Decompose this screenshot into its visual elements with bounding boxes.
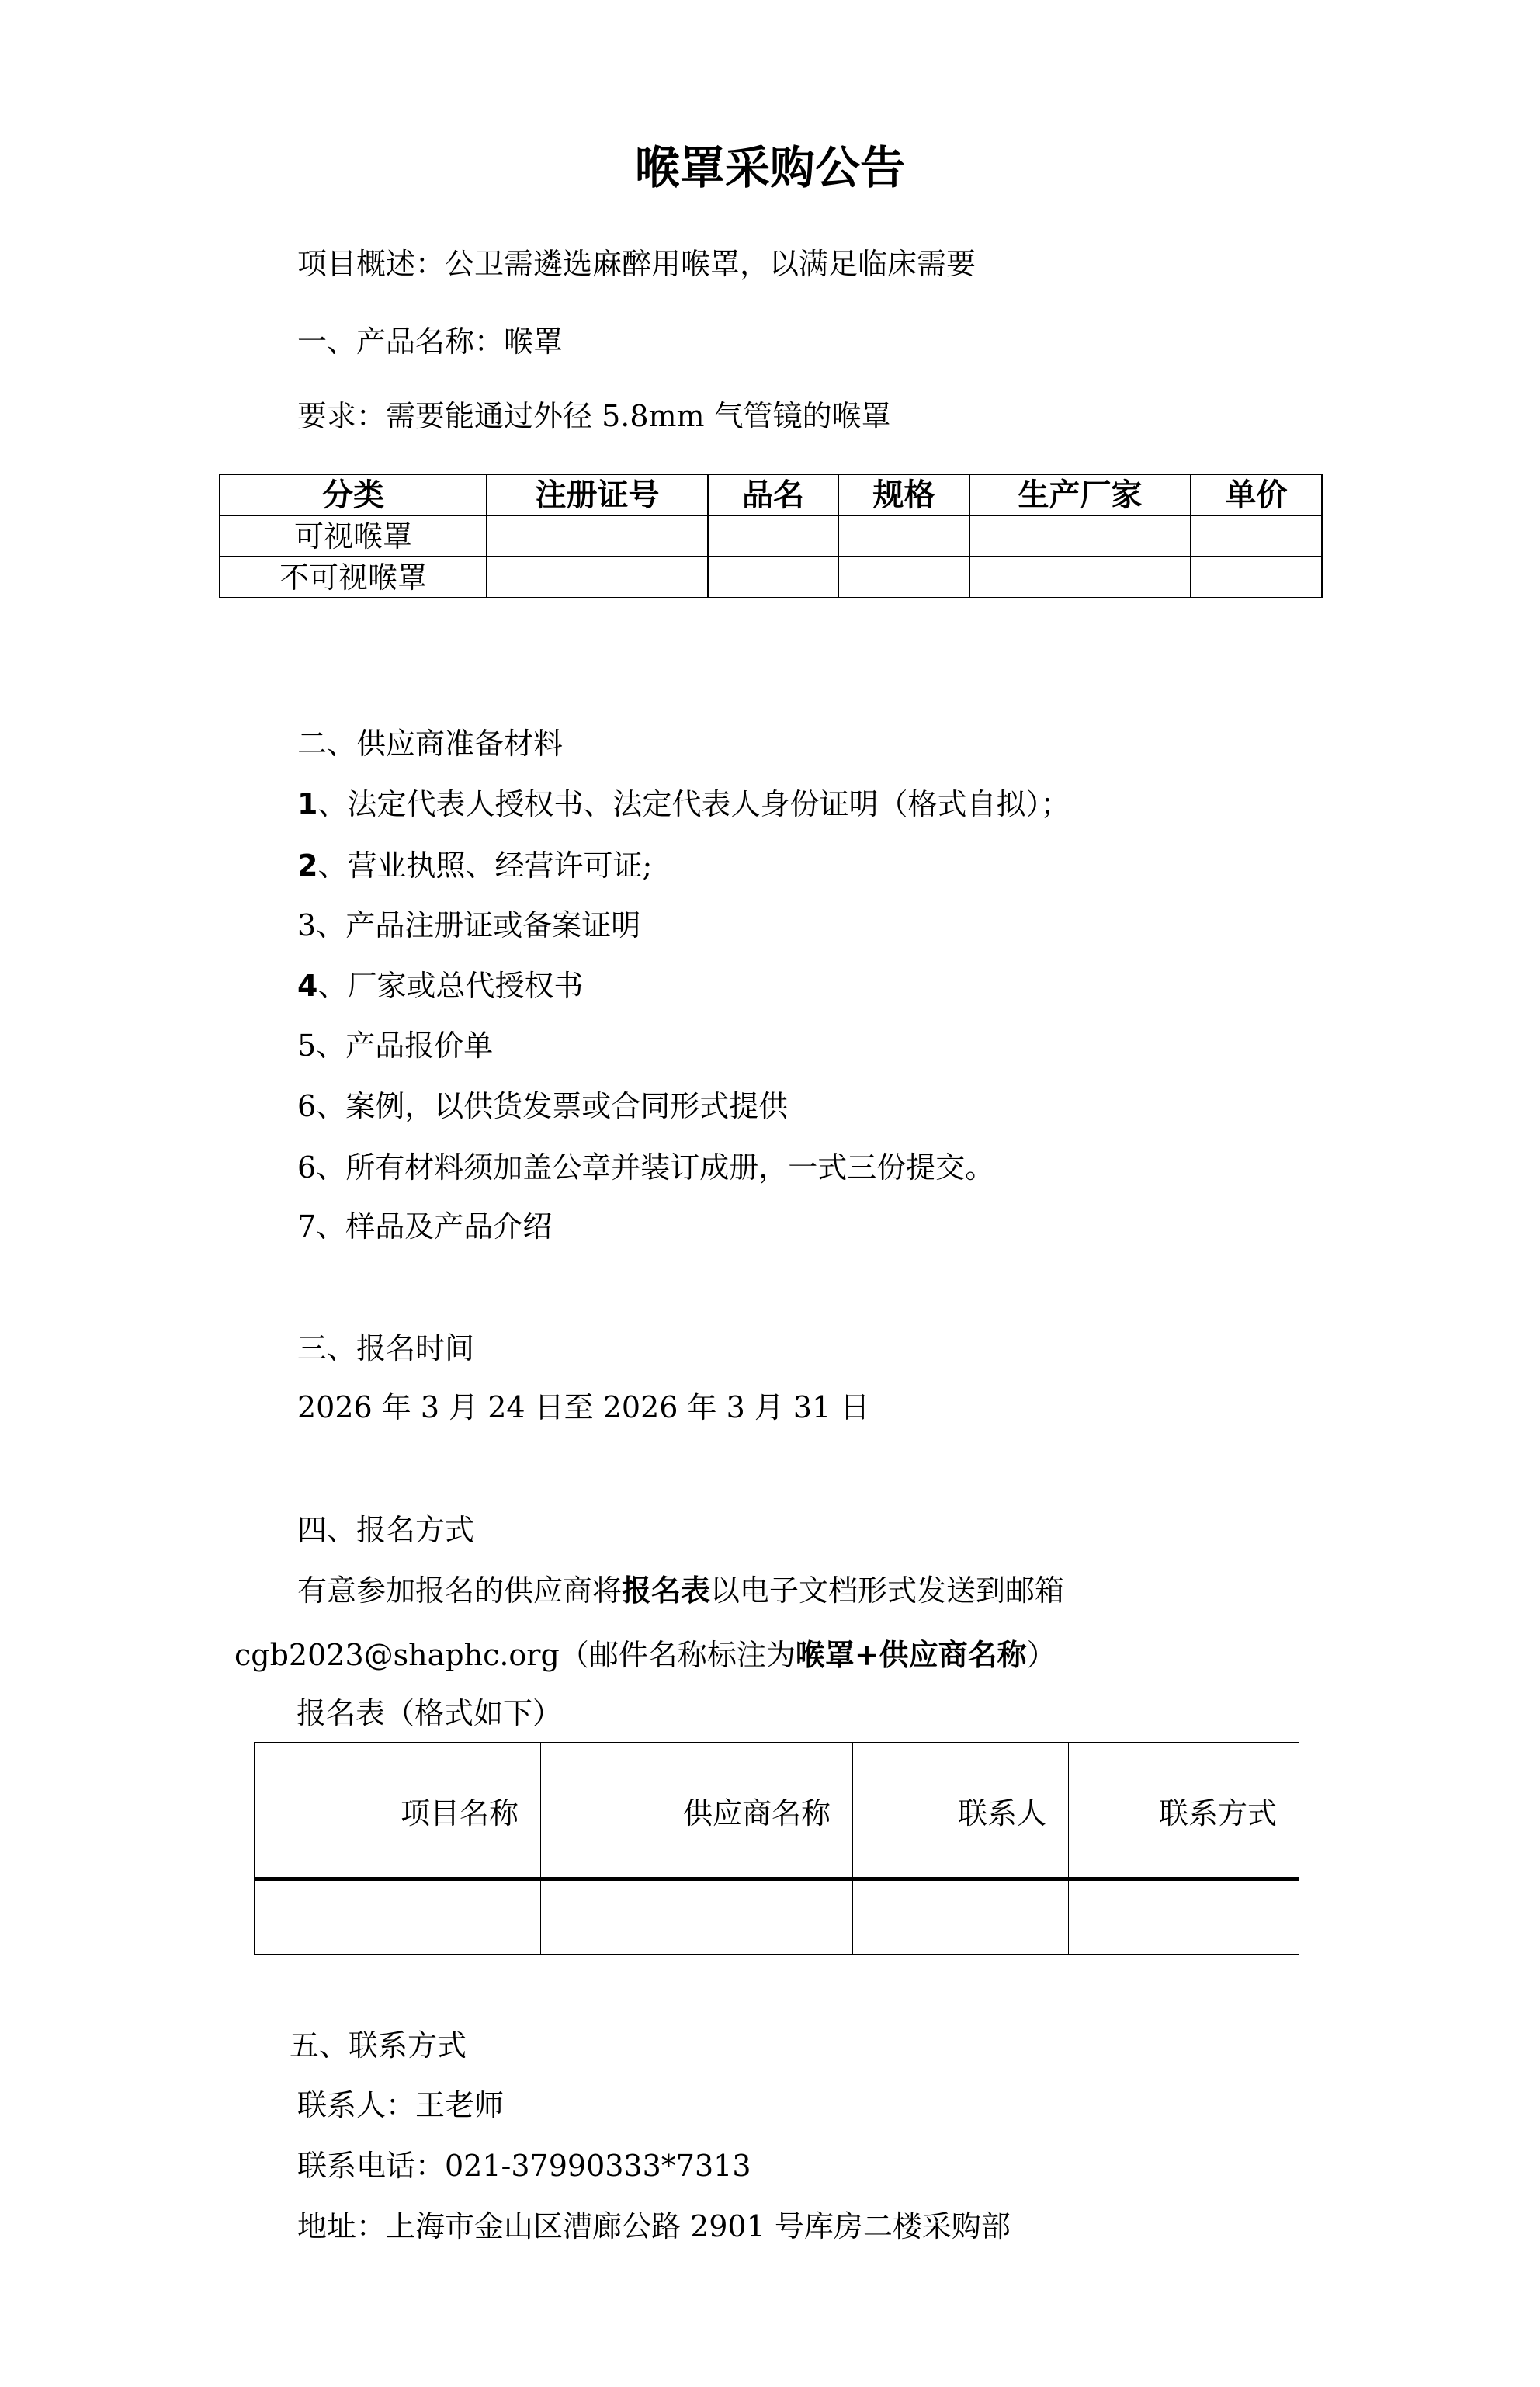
header-registration-no: 注册证号 [487,474,708,515]
form-label: 报名表（格式如下） [297,1695,562,1731]
instruction-text: 有意参加报名的供应商将 [297,1573,622,1608]
email-subject-format: 喉罩+供应商名称 [796,1637,1027,1672]
section-3-heading: 三、报名时间 [297,1331,474,1366]
list-text: 案例，以供货发票或合同形式提供 [345,1089,788,1123]
cell-unit-price [1191,557,1322,598]
list-text: 所有材料须加盖公章并装订成册，一式三份提交。 [345,1150,994,1185]
list-text: 产品注册证或备案证明 [345,908,640,942]
email-note: ） [1027,1638,1056,1672]
list-separator: 、 [317,969,347,1003]
list-number: 3 [297,908,316,942]
table-row: 不可视喉罩 [220,557,1322,598]
email-address[interactable]: cgb2023@shaphc.org [234,1638,560,1672]
cell-product-name [708,515,838,557]
list-item: 6、案例，以供货发票或合同形式提供 [297,1088,788,1124]
cell-specification [838,515,969,557]
cell-supplier-name [541,1879,853,1955]
list-item: 7、样品及产品介绍 [297,1209,552,1244]
section-2-heading: 二、供应商准备材料 [297,726,563,762]
list-separator: 、 [316,1209,345,1244]
cell-contact-person [853,1879,1069,1955]
cell-registration-no [487,557,708,598]
list-number: 6 [297,1150,316,1185]
submission-instructions: 有意参加报名的供应商将报名表以电子文档形式发送到邮箱 [297,1573,1064,1608]
list-item: 4、厂家或总代授权书 [297,968,583,1004]
list-separator: 、 [316,1150,345,1185]
list-number: 7 [297,1209,316,1244]
list-separator: 、 [317,848,347,883]
email-line: cgb2023@shaphc.org（邮件名称标注为喉罩+供应商名称） [234,1637,1056,1673]
header-manufacturer: 生产厂家 [969,474,1191,515]
list-item: 5、产品报价单 [297,1028,493,1063]
list-text: 营业执照、经营许可证; [347,848,652,883]
list-separator: 、 [316,1089,345,1123]
instruction-text: 以电子文档形式发送到邮箱 [710,1573,1064,1608]
list-separator: 、 [316,1029,345,1063]
list-item: 1、法定代表人授权书、法定代表人身份证明（格式自拟）； [297,786,1070,822]
list-item: 2、营业执照、经营许可证; [297,848,652,883]
header-supplier-name: 供应商名称 [541,1743,853,1879]
header-contact-person: 联系人 [853,1743,1069,1879]
list-item: 6、所有材料须加盖公章并装订成册，一式三份提交。 [297,1150,994,1185]
form-name-emphasis: 报名表 [622,1573,710,1608]
cell-manufacturer [969,557,1191,598]
cell-registration-no [487,515,708,557]
list-separator: 、 [317,787,347,821]
list-number: 4 [297,969,317,1003]
cell-contact-method [1069,1879,1299,1955]
product-table: 分类 注册证号 品名 规格 生产厂家 单价 可视喉罩 不可视喉罩 [219,474,1323,598]
registration-dates: 2026 年 3 月 24 日至 2026 年 3 月 31 日 [297,1390,869,1425]
cell-unit-price [1191,515,1322,557]
project-overview: 项目概述：公卫需遴选麻醉用喉罩，以满足临床需要 [297,246,976,282]
section-1-heading: 一、产品名称：喉罩 [297,324,563,359]
product-requirement: 要求：需要能通过外径 5.8mm 气管镜的喉罩 [297,398,891,434]
registration-form-table: 项目名称 供应商名称 联系人 联系方式 [254,1742,1299,1955]
cell-category: 不可视喉罩 [220,557,487,598]
contact-address: 地址：上海市金山区漕廊公路 2901 号库房二楼采购部 [297,2208,1011,2244]
cell-manufacturer [969,515,1191,557]
page-title: 喉罩采购公告 [0,143,1540,193]
cell-specification [838,557,969,598]
cell-product-name [708,557,838,598]
product-table-header: 分类 注册证号 品名 规格 生产厂家 单价 [220,474,1322,515]
list-number: 5 [297,1029,316,1063]
section-5-heading: 五、联系方式 [290,2028,467,2063]
cell-category: 可视喉罩 [220,515,487,557]
header-specification: 规格 [838,474,969,515]
section-4-heading: 四、报名方式 [297,1512,474,1548]
table-row [255,1879,1299,1955]
contact-phone: 联系电话：021-37990333*7313 [297,2148,751,2184]
header-project-name: 项目名称 [255,1743,541,1879]
header-contact-method: 联系方式 [1069,1743,1299,1879]
email-note: （邮件名称标注为 [560,1638,796,1672]
header-product-name: 品名 [708,474,838,515]
table-row: 可视喉罩 [220,515,1322,557]
list-text: 厂家或总代授权书 [347,969,583,1003]
list-number: 6 [297,1089,316,1123]
list-text: 产品报价单 [345,1029,493,1063]
list-text: 法定代表人授权书、法定代表人身份证明（格式自拟）； [347,787,1070,821]
list-text: 样品及产品介绍 [345,1209,552,1244]
header-category: 分类 [220,474,487,515]
contact-person: 联系人：王老师 [297,2087,504,2123]
list-number: 2 [297,848,317,883]
list-item: 3、产品注册证或备案证明 [297,907,640,943]
cell-project-name [255,1879,541,1955]
list-number: 1 [297,787,317,821]
list-separator: 、 [316,908,345,942]
registration-table-header: 项目名称 供应商名称 联系人 联系方式 [255,1743,1299,1879]
header-unit-price: 单价 [1191,474,1322,515]
